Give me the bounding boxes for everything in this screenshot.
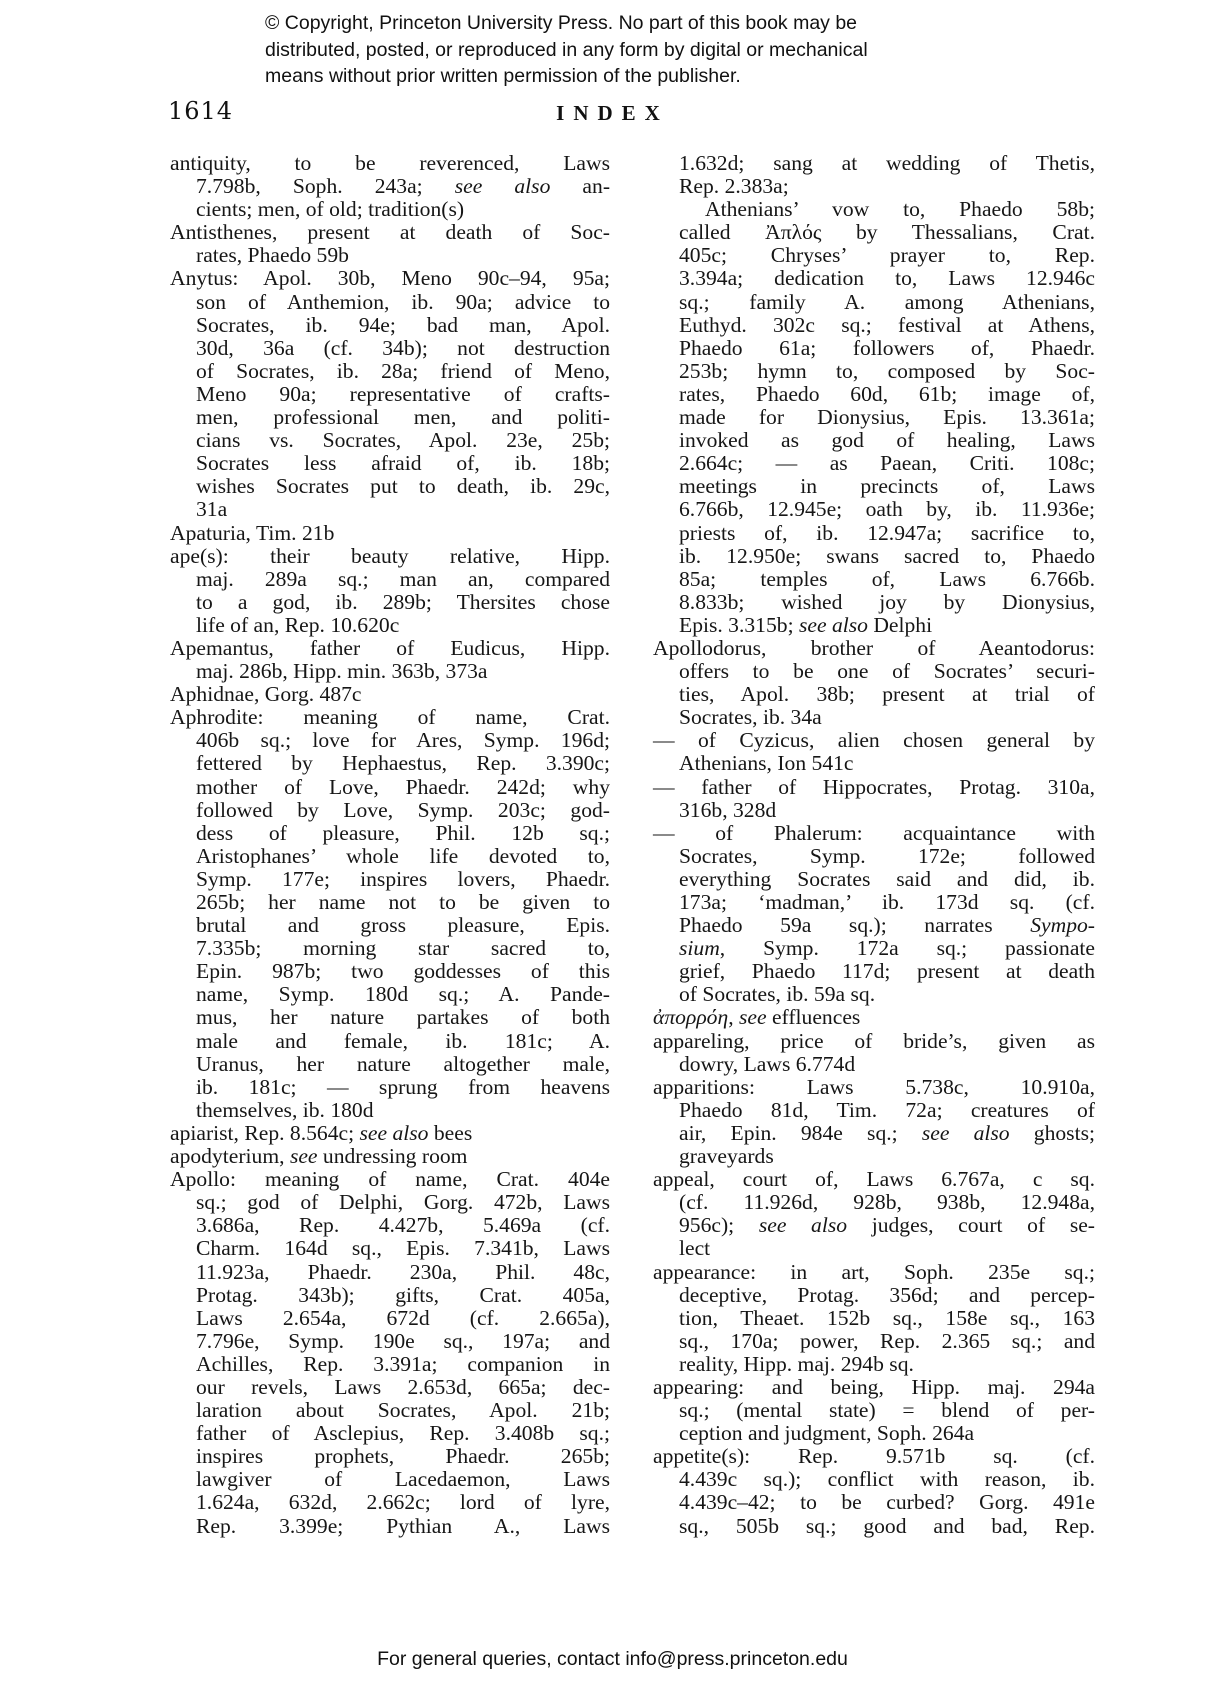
index-entry: Aphrodite: meaning of name, Crat.406b sq… <box>170 706 610 1122</box>
index-line: 265b; her name not to be given to <box>170 891 610 914</box>
index-entry: — father of Hippocrates, Protag. 310a,31… <box>653 776 1095 822</box>
index-line: lect <box>653 1237 1095 1260</box>
running-head: INDEX <box>0 101 1225 126</box>
index-line: followed by Love, Symp. 203c; god- <box>170 799 610 822</box>
index-line: Phaedo 81d, Tim. 72a; creatures of <box>653 1099 1095 1122</box>
index-line: 405c; Chryses’ prayer to, Rep. <box>653 244 1095 267</box>
italic-text: see <box>739 1005 767 1029</box>
index-line: Antisthenes, present at death of Soc- <box>170 221 610 244</box>
index-line: Aphidnae, Gorg. 487c <box>170 683 610 706</box>
index-line: mus, her nature partakes of both <box>170 1006 610 1029</box>
index-line: Apollodorus, brother of Aeantodorus: <box>653 637 1095 660</box>
index-line: sium, Symp. 172a sq.; passionate <box>653 937 1095 960</box>
index-line: ἀπορρόη, see effluences <box>653 1006 1095 1029</box>
index-line: Charm. 164d sq., Epis. 7.341b, Laws <box>170 1237 610 1260</box>
index-column-right: 1.632d; sang at wedding of Thetis,Rep. 2… <box>653 152 1095 1538</box>
index-line: men, professional men, and politi- <box>170 406 610 429</box>
index-line: Athenians’ vow to, Phaedo 58b; <box>653 198 1095 221</box>
italic-text: see also <box>759 1213 847 1237</box>
index-line: Socrates less afraid of, ib. 18b; <box>170 452 610 475</box>
index-line: Symp. 177e; inspires lovers, Phaedr. <box>170 868 610 891</box>
index-line: brutal and gross pleasure, Epis. <box>170 914 610 937</box>
index-line: Athenians, Ion 541c <box>653 752 1095 775</box>
index-line: name, Symp. 180d sq.; A. Pande- <box>170 983 610 1006</box>
index-line: ib. 12.950e; swans sacred to, Phaedo <box>653 545 1095 568</box>
index-line: 253b; hymn to, composed by Soc- <box>653 360 1095 383</box>
index-line: appearing: and being, Hipp. maj. 294a <box>653 1376 1095 1399</box>
index-line: ception and judgment, Soph. 264a <box>653 1422 1095 1445</box>
index-column-left: antiquity, to be reverenced, Laws7.798b,… <box>170 152 610 1538</box>
italic-text: sium <box>679 936 720 960</box>
index-line: tion, Theaet. 152b sq., 158e sq., 163 <box>653 1307 1095 1330</box>
index-line: 8.833b; wished joy by Dionysius, <box>653 591 1095 614</box>
italic-text: Sympo- <box>1030 913 1095 937</box>
index-entry: Athenians’ vow to, Phaedo 58b;called Ἀπλ… <box>653 198 1095 637</box>
index-entry: antiquity, to be reverenced, Laws7.798b,… <box>170 152 610 221</box>
index-line: appearance: in art, Soph. 235e sq.; <box>653 1261 1095 1284</box>
index-line: dess of pleasure, Phil. 12b sq.; <box>170 822 610 845</box>
index-entry: appeal, court of, Laws 6.767a, c sq.(cf.… <box>653 1168 1095 1260</box>
index-line: — father of Hippocrates, Protag. 310a, <box>653 776 1095 799</box>
index-line: of Socrates, ib. 59a sq. <box>653 983 1095 1006</box>
index-line: appareling, price of bride’s, given as <box>653 1030 1095 1053</box>
index-line: 956c); see also judges, court of se- <box>653 1214 1095 1237</box>
index-line: 7.798b, Soph. 243a; see also an- <box>170 175 610 198</box>
index-line: of Socrates, ib. 28a; friend of Meno, <box>170 360 610 383</box>
footer-contact: For general queries, contact info@press.… <box>0 1648 1225 1671</box>
index-line: apparitions: Laws 5.738c, 10.910a, <box>653 1076 1095 1099</box>
italic-text: see also <box>360 1121 429 1145</box>
index-line: Anytus: Apol. 30b, Meno 90c–94, 95a; <box>170 267 610 290</box>
italic-text: ἀπορρόη <box>653 1005 728 1029</box>
index-line: sq., 505b sq.; good and bad, Rep. <box>653 1515 1095 1538</box>
index-line: (cf. 11.926d, 928b, 938b, 12.948a, <box>653 1191 1095 1214</box>
index-line: life of an, Rep. 10.620c <box>170 614 610 637</box>
index-line: graveyards <box>653 1145 1095 1168</box>
index-entry: — of Phalerum: acquaintance withSocrates… <box>653 822 1095 1007</box>
index-line: 173a; ‘madman,’ ib. 173d sq. (cf. <box>653 891 1095 914</box>
index-line: Meno 90a; representative of crafts- <box>170 383 610 406</box>
index-line: deceptive, Protag. 356d; and percep- <box>653 1284 1095 1307</box>
index-line: laration about Socrates, Apol. 21b; <box>170 1399 610 1422</box>
index-line: ties, Apol. 38b; present at trial of <box>653 683 1095 706</box>
index-line: father of Asclepius, Rep. 3.408b sq.; <box>170 1422 610 1445</box>
italic-text: see <box>290 1144 318 1168</box>
index-line: invoked as god of healing, Laws <box>653 429 1095 452</box>
italic-text: see also <box>922 1121 1010 1145</box>
index-line: 7.335b; morning star sacred to, <box>170 937 610 960</box>
index-line: — of Phalerum: acquaintance with <box>653 822 1095 845</box>
copyright-line: means without prior written permission o… <box>265 63 985 90</box>
index-line: Uranus, her nature altogether male, <box>170 1053 610 1076</box>
index-line: air, Epin. 984e sq.; see also ghosts; <box>653 1122 1095 1145</box>
index-line: 30d, 36a (cf. 34b); not destruction <box>170 337 610 360</box>
index-line: apiarist, Rep. 8.564c; see also bees <box>170 1122 610 1145</box>
index-line: 4.439c–42; to be curbed? Gorg. 491e <box>653 1491 1095 1514</box>
italic-text: see also <box>455 174 551 198</box>
index-entry: 1.632d; sang at wedding of Thetis,Rep. 2… <box>653 152 1095 198</box>
index-entry: — of Cyzicus, alien chosen general byAth… <box>653 729 1095 775</box>
index-line: Apaturia, Tim. 21b <box>170 522 610 545</box>
index-entry: apodyterium, see undressing room <box>170 1145 610 1168</box>
index-entry: apparitions: Laws 5.738c, 10.910a,Phaedo… <box>653 1076 1095 1168</box>
index-entry: Aphidnae, Gorg. 487c <box>170 683 610 706</box>
index-entry: ἀπορρόη, see effluences <box>653 1006 1095 1029</box>
index-line: ib. 181c; — sprung from heavens <box>170 1076 610 1099</box>
index-line: 3.394a; dedication to, Laws 12.946c <box>653 267 1095 290</box>
index-entry: Apaturia, Tim. 21b <box>170 522 610 545</box>
index-line: wishes Socrates put to death, ib. 29c, <box>170 475 610 498</box>
index-line: Euthyd. 302c sq.; festival at Athens, <box>653 314 1095 337</box>
index-line: priests of, ib. 12.947a; sacrifice to, <box>653 522 1095 545</box>
index-line: cients; men, of old; tradition(s) <box>170 198 610 221</box>
index-line: Epin. 987b; two goddesses of this <box>170 960 610 983</box>
index-line: inspires prophets, Phaedr. 265b; <box>170 1445 610 1468</box>
index-line: 7.796e, Symp. 190e sq., 197a; and <box>170 1330 610 1353</box>
index-line: reality, Hipp. maj. 294b sq. <box>653 1353 1095 1376</box>
index-line: 3.686a, Rep. 4.427b, 5.469a (cf. <box>170 1214 610 1237</box>
index-line: rates, Phaedo 59b <box>170 244 610 267</box>
index-line: Phaedo 61a; followers of, Phaedr. <box>653 337 1095 360</box>
index-line: Apollo: meaning of name, Crat. 404e <box>170 1168 610 1191</box>
index-line: mother of Love, Phaedr. 242d; why <box>170 776 610 799</box>
index-entry: Apollodorus, brother of Aeantodorus:offe… <box>653 637 1095 729</box>
index-line: 2.664c; — as Paean, Criti. 108c; <box>653 452 1095 475</box>
index-line: Aristophanes’ whole life devoted to, <box>170 845 610 868</box>
index-line: meetings in precincts of, Laws <box>653 475 1095 498</box>
index-line: Socrates, ib. 34a <box>653 706 1095 729</box>
index-entry: appearance: in art, Soph. 235e sq.;decep… <box>653 1261 1095 1376</box>
index-line: Laws 2.654a, 672d (cf. 2.665a), <box>170 1307 610 1330</box>
index-line: to a god, ib. 289b; Thersites chose <box>170 591 610 614</box>
index-line: 4.439c sq.); conflict with reason, ib. <box>653 1468 1095 1491</box>
index-entry: apiarist, Rep. 8.564c; see also bees <box>170 1122 610 1145</box>
index-line: Socrates, ib. 94e; bad man, Apol. <box>170 314 610 337</box>
index-line: appeal, court of, Laws 6.767a, c sq. <box>653 1168 1095 1191</box>
index-line: Protag. 343b); gifts, Crat. 405a, <box>170 1284 610 1307</box>
index-line: son of Anthemion, ib. 90a; advice to <box>170 291 610 314</box>
index-line: Phaedo 59a sq.); narrates Sympo- <box>653 914 1095 937</box>
index-line: sq.; family A. among Athenians, <box>653 291 1095 314</box>
index-line: everything Socrates said and did, ib. <box>653 868 1095 891</box>
index-line: male and female, ib. 181c; A. <box>170 1030 610 1053</box>
index-line: antiquity, to be reverenced, Laws <box>170 152 610 175</box>
index-line: 316b, 328d <box>653 799 1095 822</box>
index-line: 1.632d; sang at wedding of Thetis, <box>653 152 1095 175</box>
copyright-notice: © Copyright, Princeton University Press.… <box>265 10 985 90</box>
copyright-line: distributed, posted, or reproduced in an… <box>265 37 985 64</box>
index-entry: Antisthenes, present at death of Soc-rat… <box>170 221 610 267</box>
index-line: 11.923a, Phaedr. 230a, Phil. 48c, <box>170 1261 610 1284</box>
index-entry: Apemantus, father of Eudicus, Hipp.maj. … <box>170 637 610 683</box>
index-entry: appearing: and being, Hipp. maj. 294asq.… <box>653 1376 1095 1445</box>
index-line: apodyterium, see undressing room <box>170 1145 610 1168</box>
index-line: 6.766b, 12.945e; oath by, ib. 11.936e; <box>653 498 1095 521</box>
index-line: Rep. 2.383a; <box>653 175 1095 198</box>
index-line: lawgiver of Lacedaemon, Laws <box>170 1468 610 1491</box>
index-line: sq.; (mental state) = blend of per- <box>653 1399 1095 1422</box>
index-line: offers to be one of Socrates’ securi- <box>653 660 1095 683</box>
index-line: Rep. 3.399e; Pythian A., Laws <box>170 1515 610 1538</box>
copyright-line: © Copyright, Princeton University Press.… <box>265 10 985 37</box>
index-line: sq.; god of Delphi, Gorg. 472b, Laws <box>170 1191 610 1214</box>
index-line: maj. 289a sq.; man an, compared <box>170 568 610 591</box>
index-line: fettered by Hephaestus, Rep. 3.390c; <box>170 752 610 775</box>
index-entry: ape(s): their beauty relative, Hipp.maj.… <box>170 545 610 637</box>
index-line: sq., 170a; power, Rep. 2.365 sq.; and <box>653 1330 1095 1353</box>
index-line: grief, Phaedo 117d; present at death <box>653 960 1095 983</box>
index-line: dowry, Laws 6.774d <box>653 1053 1095 1076</box>
index-line: 1.624a, 632d, 2.662c; lord of lyre, <box>170 1491 610 1514</box>
index-entry: Apollo: meaning of name, Crat. 404esq.; … <box>170 1168 610 1538</box>
index-entry: appetite(s): Rep. 9.571b sq. (cf.4.439c … <box>653 1445 1095 1537</box>
index-line: 31a <box>170 498 610 521</box>
index-line: Epis. 3.315b; see also Delphi <box>653 614 1095 637</box>
index-line: Achilles, Rep. 3.391a; companion in <box>170 1353 610 1376</box>
italic-text: see also <box>799 613 868 637</box>
index-line: ape(s): their beauty relative, Hipp. <box>170 545 610 568</box>
index-line: Aphrodite: meaning of name, Crat. <box>170 706 610 729</box>
index-line: cians vs. Socrates, Apol. 23e, 25b; <box>170 429 610 452</box>
index-line: maj. 286b, Hipp. min. 363b, 373a <box>170 660 610 683</box>
index-line: our revels, Laws 2.653d, 665a; dec- <box>170 1376 610 1399</box>
index-entry: Anytus: Apol. 30b, Meno 90c–94, 95a;son … <box>170 267 610 521</box>
index-line: made for Dionysius, Epis. 13.361a; <box>653 406 1095 429</box>
index-entry: appareling, price of bride’s, given asdo… <box>653 1030 1095 1076</box>
index-line: Socrates, Symp. 172e; followed <box>653 845 1095 868</box>
index-line: themselves, ib. 180d <box>170 1099 610 1122</box>
index-line: Apemantus, father of Eudicus, Hipp. <box>170 637 610 660</box>
index-line: 85a; temples of, Laws 6.766b. <box>653 568 1095 591</box>
index-line: called Ἀπλός by Thessalians, Crat. <box>653 221 1095 244</box>
index-line: appetite(s): Rep. 9.571b sq. (cf. <box>653 1445 1095 1468</box>
index-line: 406b sq.; love for Ares, Symp. 196d; <box>170 729 610 752</box>
index-line: rates, Phaedo 60d, 61b; image of, <box>653 383 1095 406</box>
index-line: — of Cyzicus, alien chosen general by <box>653 729 1095 752</box>
